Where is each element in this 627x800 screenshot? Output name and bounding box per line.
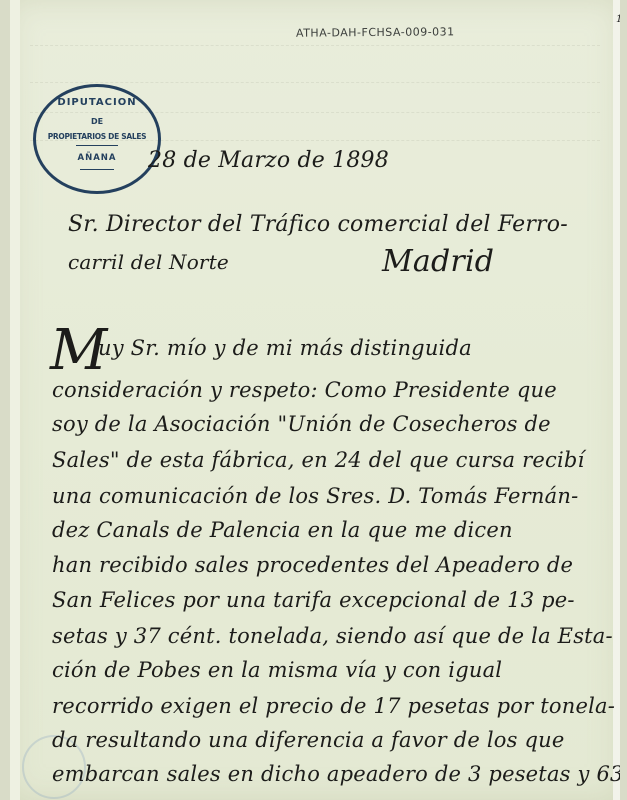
show-through-line [30, 82, 600, 84]
body-line: consideración y respeto: Como Presidente… [52, 378, 557, 402]
body-line: uy Sr. mío y de mi más distinguida [98, 336, 472, 360]
stamp-line-1: DIPUTACION [36, 97, 158, 108]
body-line: dez Canals de Palencia en la que me dice… [52, 518, 513, 542]
body-line: San Felices por una tarifa excepcional d… [52, 588, 575, 612]
archive-reference: ATHA-DAH-FCHSA-009-031 [296, 25, 455, 39]
body-line: soy de la Asociación "Unión de Cosechero… [52, 412, 551, 436]
body-line: embarcan sales en dicho apeadero de 3 pe… [52, 762, 620, 786]
recipient-line-1: Sr. Director del Tráfico comercial del F… [68, 212, 568, 237]
stamp-line-2: DE [36, 117, 158, 126]
letter-page: ATHA-DAH-FCHSA-009-031 1 DIPUTACION DE P… [10, 0, 620, 800]
scan-edge-left [10, 0, 20, 800]
stamp-line-4: AÑANA [36, 153, 158, 163]
body-line: Sales" de esta fábrica, en 24 del que cu… [52, 448, 584, 472]
stamp-divider [80, 169, 114, 170]
body-line: setas y 37 cént. tonelada, siendo así qu… [52, 624, 613, 648]
body-line: da resultando una diferencia a favor de … [52, 728, 565, 752]
institution-stamp: DIPUTACION DE PROPIETARIOS DE SALES AÑAN… [33, 84, 161, 194]
page-number: 1 [616, 14, 620, 25]
body-line: ción de Pobes en la misma vía y con igua… [52, 658, 502, 682]
scan-edge-right [613, 0, 620, 800]
stamp-divider [76, 145, 118, 146]
body-line: han recibido sales procedentes del Apead… [52, 553, 573, 577]
letter-date: 28 de Marzo de 1898 [148, 148, 389, 173]
recipient-line-2: carril del Norte [68, 250, 229, 274]
stamp-line-3: PROPIETARIOS DE SALES [38, 132, 156, 141]
body-line: una comunicación de los Sres. D. Tomás F… [52, 484, 578, 508]
recipient-city: Madrid [382, 244, 494, 279]
body-line: recorrido exigen el precio de 17 pesetas… [52, 694, 615, 718]
show-through-line [30, 45, 600, 47]
